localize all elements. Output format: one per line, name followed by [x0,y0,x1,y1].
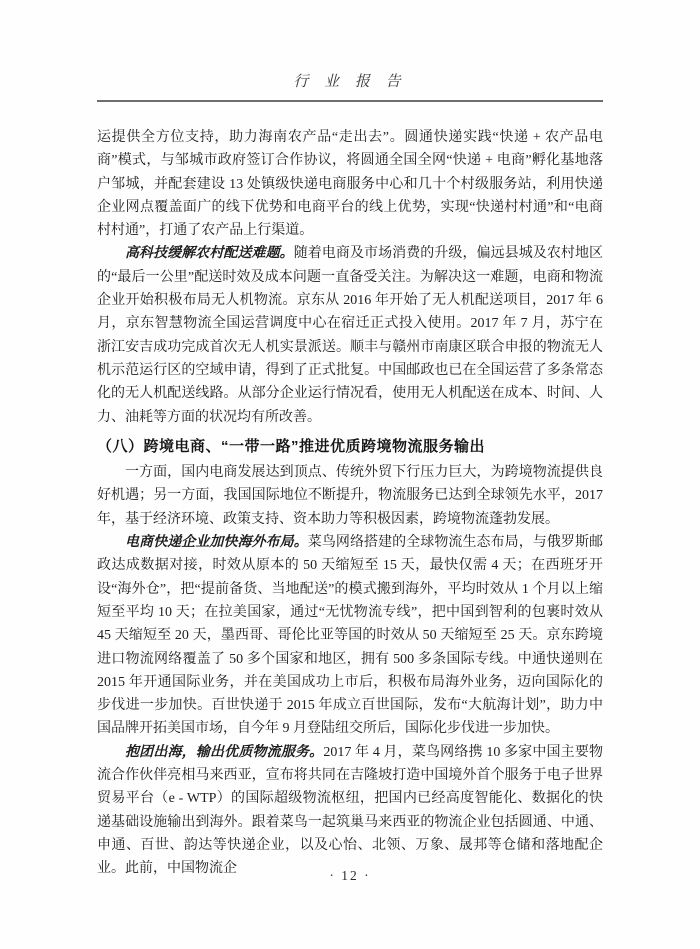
paragraph-crossborder-intro: 一方面，国内电商发展达到顶点、传统外贸下行压力巨大，为跨境物流提供良好机遇；另一… [97,461,603,531]
paragraph-lead-group-overseas: 抱团出海，输出优质物流服务。 [125,745,323,760]
paragraph-text-drone-delivery: 随着电商及市场消费的升级，偏远县城及农村地区的“最后一公里”配送时效及成本问题一… [97,246,603,424]
paragraph-drone-delivery: 高科技缓解农村配送难题。随着电商及市场消费的升级，偏远县城及农村地区的“最后一公… [97,242,603,428]
page-header: 行 业 报 告 [97,70,603,102]
page-number: · 12 · [329,868,370,883]
paragraph-rural-express-ecommerce: 运提供全方位支持，助力海南农产品“走出去”。圆通快递实践“快递 + 农产品电商”… [97,126,603,242]
paragraph-lead-overseas-layout: 电商快递企业加快海外布局。 [125,535,308,550]
section-heading-crossborder: （八）跨境电商、“一带一路”推进优质跨境物流服务输出 [97,435,603,458]
report-page: 行 业 报 告 运提供全方位支持，助力海南农产品“走出去”。圆通快递实践“快递 … [0,0,700,949]
paragraph-lead-drone-delivery: 高科技缓解农村配送难题。 [125,246,294,261]
page-body: 运提供全方位支持，助力海南农产品“走出去”。圆通快递实践“快递 + 农产品电商”… [97,126,603,881]
paragraph-text-overseas-layout: 菜鸟网络搭建的全球物流生态布局，与俄罗斯邮政达成数据对接，时效从原本的 50 天… [97,535,603,736]
header-title: 行 业 报 告 [293,70,406,91]
paragraph-group-overseas: 抱团出海，输出优质物流服务。2017 年 4 月，菜鸟网络携 10 多家中国主要… [97,741,603,881]
paragraph-text-group-overseas: 2017 年 4 月，菜鸟网络携 10 多家中国主要物流合作伙伴亮相马来西亚，宣… [97,745,603,876]
page-footer: · 12 · [0,868,700,884]
paragraph-overseas-layout: 电商快递企业加快海外布局。菜鸟网络搭建的全球物流生态布局，与俄罗斯邮政达成数据对… [97,531,603,741]
